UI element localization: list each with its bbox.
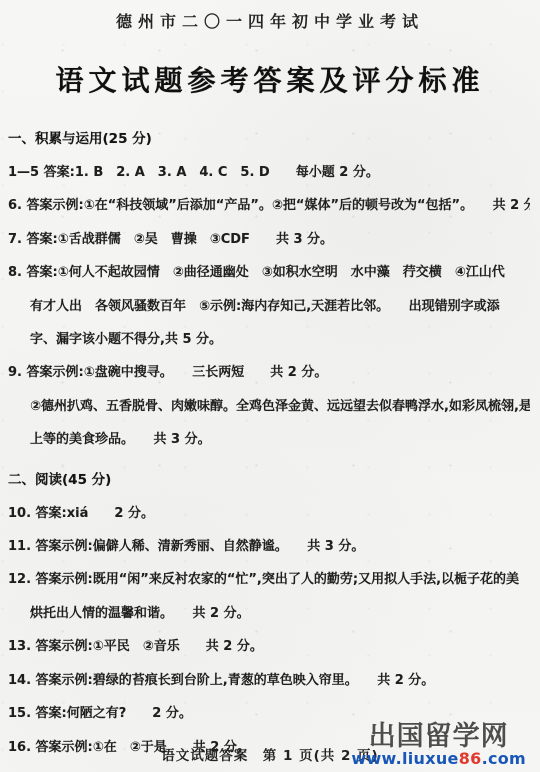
answer-line: 12. 答案示例:既用“闲”来反衬农家的“忙”,突出了人的勤劳;又用拟人手法,以… [8, 563, 530, 596]
section-heading: 二、阅读(45 分) [8, 464, 530, 497]
answer-content: 一、积累与运用(25 分) 1—5 答案:1. B 2. A 3. A 4. C… [0, 123, 540, 764]
section-heading: 一、积累与运用(25 分) [8, 123, 530, 156]
page-title: 语文试题参考答案及评分标准 [0, 59, 540, 99]
exam-title: 德州市二〇一四年初中学业考试 [0, 0, 540, 32]
answer-line-continuation: 上等的美食珍品。 共 3 分。 [8, 423, 530, 456]
answer-line: 8. 答案:①何人不起故园情 ②曲径通幽处 ③如积水空明 水中藻 荇交横 ④江山… [8, 256, 530, 289]
answer-line-continuation: ②德州扒鸡、五香脱骨、肉嫩味醇。全鸡色泽金黄、远远望去似春鸭浮水,如彩凤梳翎,是 [8, 390, 530, 423]
watermark-url-highlight: 86 [459, 749, 482, 768]
watermark-url-prefix: www.liuxue [351, 749, 458, 768]
answer-line: 10. 答案:xiá 2 分。 [8, 497, 530, 530]
section-accumulation: 一、积累与运用(25 分) 1—5 答案:1. B 2. A 3. A 4. C… [8, 123, 530, 457]
section-reading: 二、阅读(45 分) 10. 答案:xiá 2 分。 11. 答案示例:偏僻人稀… [8, 464, 530, 764]
watermark-url-suffix: .com [482, 749, 526, 768]
answer-line: 9. 答案示例:①盘碗中搜寻。 三长两短 共 2 分。 [8, 356, 530, 389]
answer-line: 1—5 答案:1. B 2. A 3. A 4. C 5. D 每小题 2 分。 [8, 156, 530, 189]
answer-line: 6. 答案示例:①在“科技领域”后添加“产品”。②把“媒体”后的顿号改为“包括”… [8, 189, 530, 222]
answer-line: 14. 答案示例:碧绿的苔痕长到台阶上,青葱的草色映入帘里。 共 2 分。 [8, 664, 530, 697]
watermark-site-name: 出国留学网 [351, 723, 526, 751]
answer-line-continuation: 烘托出人情的温馨和谐。 共 2 分。 [8, 597, 530, 630]
watermark: 出国留学网 www.liuxue86.com [351, 723, 526, 768]
answer-line-continuation: 字、漏字该小题不得分,共 5 分。 [8, 323, 530, 356]
answer-line-continuation: 有才人出 各领风骚数百年 ⑤示例:海内存知己,天涯若比邻。 出现错别字或添 [8, 290, 530, 323]
answer-line: 11. 答案示例:偏僻人稀、清新秀丽、自然静谧。 共 3 分。 [8, 530, 530, 563]
answer-line: 13. 答案示例:①平民 ②音乐 共 2 分。 [8, 630, 530, 663]
scanned-answer-sheet: 德州市二〇一四年初中学业考试 语文试题参考答案及评分标准 一、积累与运用(25 … [0, 0, 540, 772]
watermark-url: www.liuxue86.com [351, 751, 526, 768]
answer-line: 7. 答案:①舌战群儒 ②吴 曹操 ③CDF 共 3 分。 [8, 223, 530, 256]
